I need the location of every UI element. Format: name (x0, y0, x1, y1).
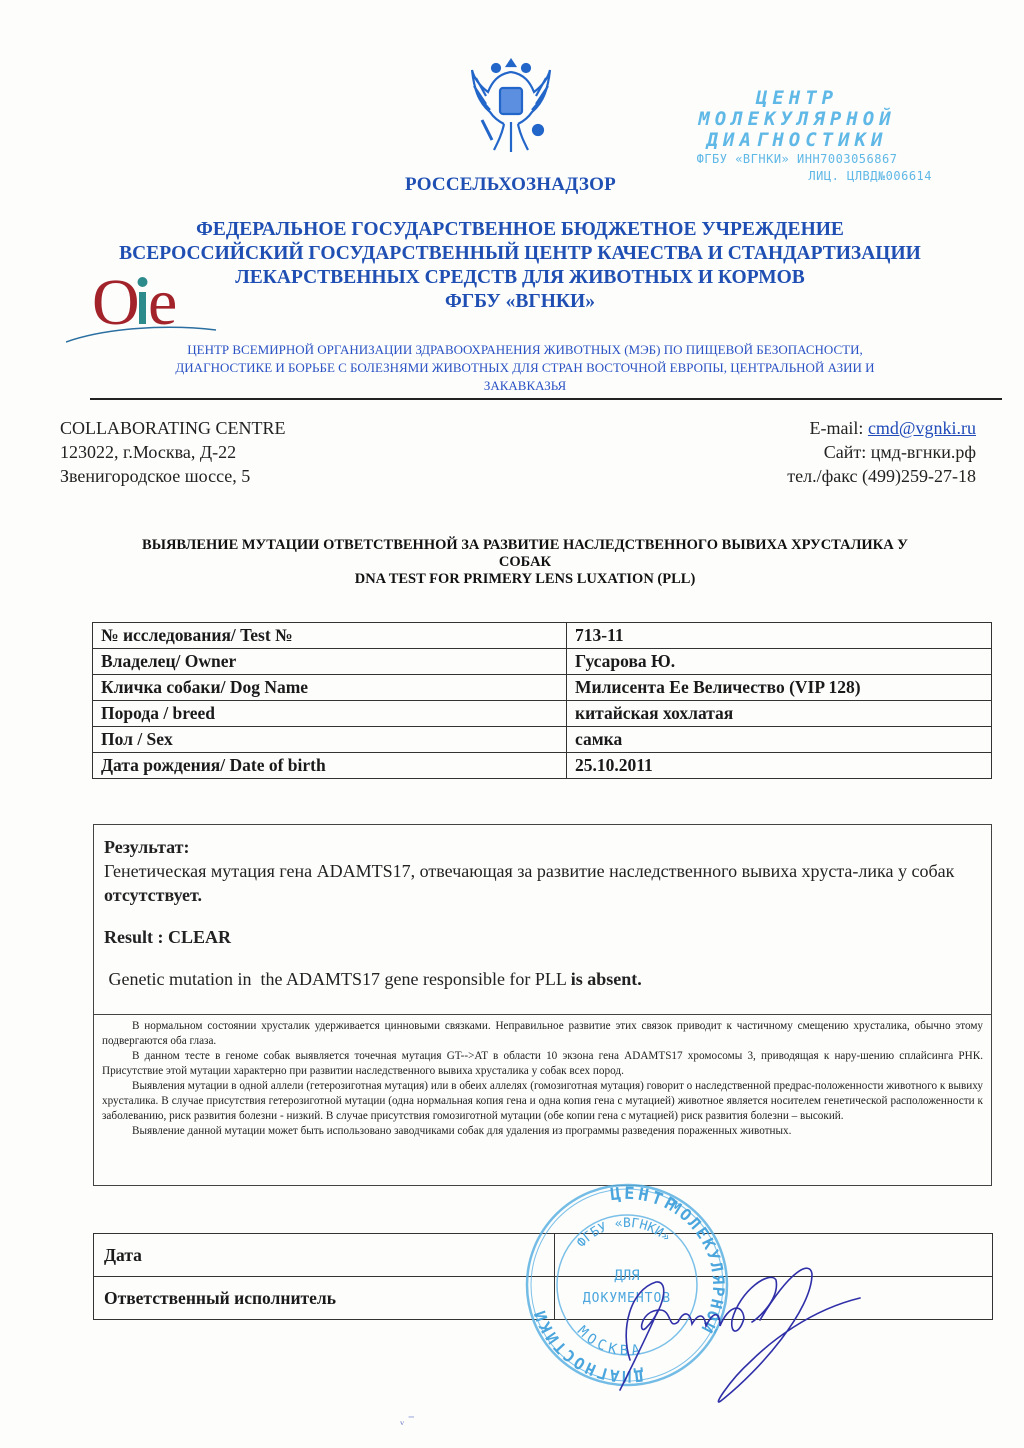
header-divider (90, 398, 1002, 400)
table-row: Дата рождения/ Date of birth25.10.2011 (93, 753, 992, 779)
result-en-label: Result : CLEAR (104, 925, 981, 949)
row-label: Владелец/ Owner (93, 649, 567, 675)
description-paragraph: В нормальном состоянии хрусталик удержив… (102, 1019, 983, 1049)
result-label: Результат: (104, 835, 981, 859)
stamp-line: ЦЕНТР (652, 88, 942, 109)
address-line: COLLABORATING CENTRE (60, 416, 286, 440)
result-ru-text: Генетическая мутация гена ADAMTS17, отве… (104, 861, 954, 881)
table-row: Кличка собаки/ Dog NameМилисента Ее Вели… (93, 675, 992, 701)
row-label: Кличка собаки/ Dog Name (93, 675, 567, 701)
subtitle-line: ЦЕНТР ВСЕМИРНОЙ ОРГАНИЗАЦИИ ЗДРАВООХРАНЕ… (80, 341, 970, 359)
table-row: № исследования/ Test №713-11 (93, 623, 992, 649)
coat-of-arms-emblem-icon (468, 52, 554, 160)
row-value: Милисента Ее Величество (VIP 128) (567, 675, 992, 701)
title-ru-line: СОБАК (60, 554, 990, 571)
row-value: самка (567, 727, 992, 753)
date-label: Дата (94, 1234, 555, 1277)
description-paragraph: Выявления мутации в одной аллели (гетеро… (102, 1079, 983, 1124)
svg-text:O: O (92, 266, 140, 339)
address-block: COLLABORATING CENTRE 123022, г.Москва, Д… (60, 416, 286, 488)
result-ru-verdict: отсутствует. (104, 885, 202, 905)
email-line: E-mail: cmd@vgnki.ru (787, 416, 976, 440)
result-en-text: Genetic mutation in the ADAMTS17 gene re… (104, 969, 571, 989)
address-line: Звенигородское шоссе, 5 (60, 464, 286, 488)
oie-logo-icon: O e (66, 266, 226, 344)
table-row: Пол / Sexсамка (93, 727, 992, 753)
pen-mark: ᵥ ⁻ (400, 1412, 415, 1429)
table-row: Владелец/ OwnerГусарова Ю. (93, 649, 992, 675)
result-box: Результат: Генетическая мутация гена ADA… (93, 824, 992, 1014)
title-en: DNA TEST FOR PRIMERY LENS LUXATION (PLL) (60, 571, 990, 588)
description-paragraph: Выявление данной мутации может быть испо… (102, 1124, 983, 1139)
row-label: Пол / Sex (93, 727, 567, 753)
document-title: ВЫЯВЛЕНИЕ МУТАЦИИ ОТВЕТСТВЕННОЙ ЗА РАЗВИ… (60, 537, 990, 588)
handwritten-signature-icon (560, 1250, 880, 1410)
address-line: 123022, г.Москва, Д-22 (60, 440, 286, 464)
test-description: В нормальном состоянии хрусталик удержив… (93, 1014, 992, 1186)
institution-line: ВСЕРОССИЙСКИЙ ГОСУДАРСТВЕННЫЙ ЦЕНТР КАЧЕ… (70, 242, 970, 266)
stamp-line: ДИАГНОСТИКИ (652, 130, 942, 151)
table-row: Порода / breedкитайская хохлатая (93, 701, 992, 727)
result-ru: Генетическая мутация гена ADAMTS17, отве… (104, 859, 981, 907)
contact-block: E-mail: cmd@vgnki.ru Сайт: цмд-вгнки.рф … (787, 416, 976, 488)
phone-line: тел./факс (499)259-27-18 (787, 464, 976, 488)
sample-info-table: № исследования/ Test №713-11 Владелец/ O… (92, 622, 992, 779)
institution-line: ФЕДЕРАЛЬНОЕ ГОСУДАРСТВЕННОЕ БЮДЖЕТНОЕ УЧ… (70, 218, 970, 242)
row-value: Гусарова Ю. (567, 649, 992, 675)
result-en: Genetic mutation in the ADAMTS17 gene re… (104, 967, 981, 991)
row-value: китайская хохлатая (567, 701, 992, 727)
row-value: 713-11 (567, 623, 992, 649)
executor-label: Ответственный исполнитель (94, 1277, 555, 1320)
email-label: E-mail: (809, 418, 867, 438)
stamp-line: ФГБУ «ВГНКИ» ИНН7003056867 (652, 151, 942, 168)
result-en-verdict: is absent. (571, 969, 642, 989)
agency-name: РОССЕЛЬХОЗНАДЗОР (405, 174, 616, 196)
row-label: № исследования/ Test № (93, 623, 567, 649)
stamp-line: МОЛЕКУЛЯРНОЙ (652, 109, 942, 130)
oie-center-subtitle: ЦЕНТР ВСЕМИРНОЙ ОРГАНИЗАЦИИ ЗДРАВООХРАНЕ… (80, 341, 970, 395)
description-paragraph: В данном тесте в геноме собак выявляется… (102, 1049, 983, 1079)
row-label: Порода / breed (93, 701, 567, 727)
subtitle-line: ЗАКАВКАЗЬЯ (80, 377, 970, 395)
stamp-line: ЛИЦ. ЦЛВД№006614 (652, 168, 942, 185)
lab-stamp: ЦЕНТР МОЛЕКУЛЯРНОЙ ДИАГНОСТИКИ ФГБУ «ВГН… (652, 88, 942, 185)
subtitle-line: ДИАГНОСТИКЕ И БОРЬБЕ С БОЛЕЗНЯМИ ЖИВОТНЫ… (80, 359, 970, 377)
site-line: Сайт: цмд-вгнки.рф (787, 440, 976, 464)
title-ru-line: ВЫЯВЛЕНИЕ МУТАЦИИ ОТВЕТСТВЕННОЙ ЗА РАЗВИ… (60, 537, 990, 554)
email-link[interactable]: cmd@vgnki.ru (868, 418, 976, 438)
row-value: 25.10.2011 (567, 753, 992, 779)
row-label: Дата рождения/ Date of birth (93, 753, 567, 779)
svg-text:ФГБУ «ВГНКИ»: ФГБУ «ВГНКИ» (574, 1216, 673, 1251)
